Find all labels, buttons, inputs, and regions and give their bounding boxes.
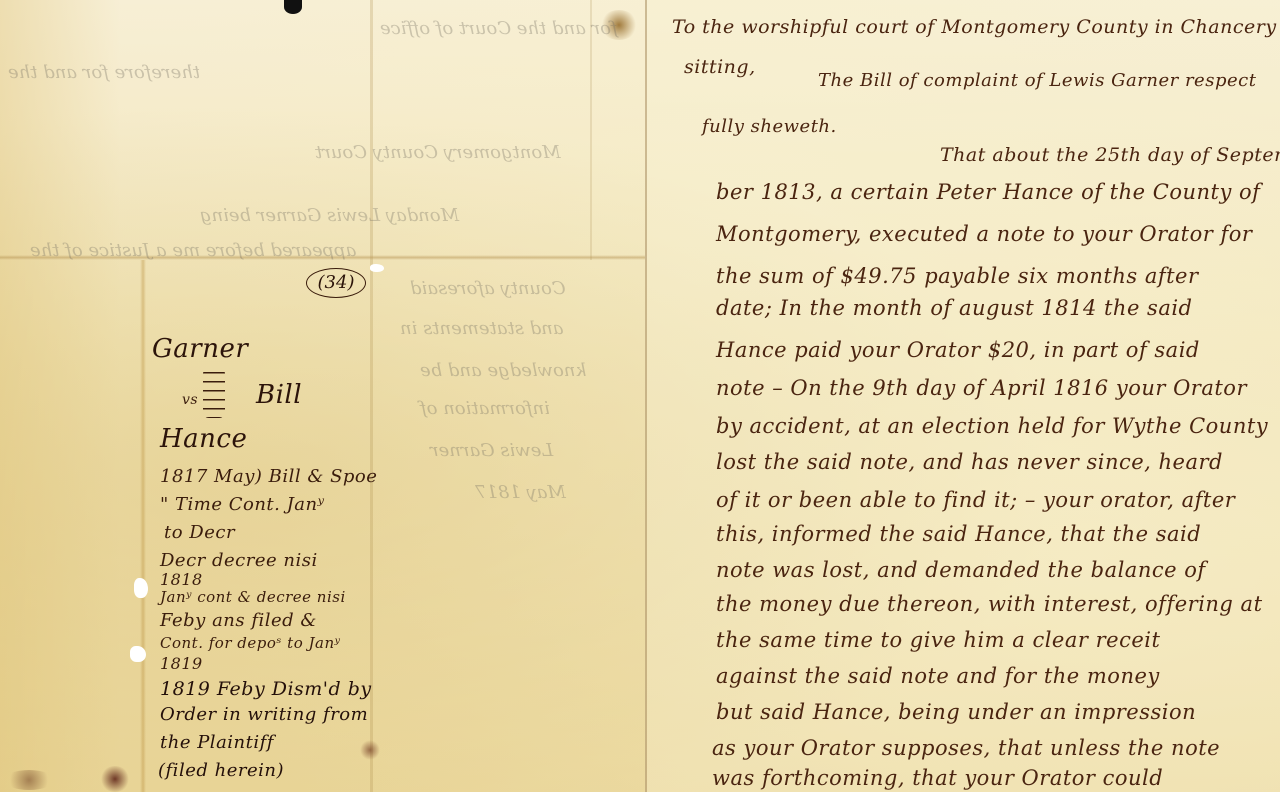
paper-tear (134, 578, 148, 598)
docket-entry: 1819 (160, 654, 203, 673)
docket-entry: Feby ans filed & (160, 610, 317, 631)
ink-stain (100, 766, 130, 792)
bill-line: was forthcoming, that your Orator could (712, 766, 1163, 790)
bill-line: Montgomery, executed a note to your Orat… (716, 222, 1252, 246)
bill-line: date; In the month of august 1814 the sa… (716, 296, 1193, 320)
bill-line: sitting, (684, 56, 756, 78)
bill-line: but said Hance, being under an impressio… (716, 700, 1196, 724)
docket-entry: " Time Cont. Janʸ (160, 494, 325, 515)
ink-stain (4, 770, 54, 790)
bill-line: fully sheweth. (702, 116, 837, 137)
bill-line: against the said note and for the money (716, 664, 1160, 688)
bill-line: the sum of $49.75 payable six months aft… (716, 264, 1199, 288)
bleed-through-text: information of (420, 398, 550, 419)
bill-line: Hance paid your Orator $20, in part of s… (716, 338, 1200, 362)
docket-entry: Janʸ cont & decree nisi (160, 588, 346, 606)
bill-line: the money due thereon, with interest, of… (716, 592, 1263, 616)
docket-entry: 1818 (160, 570, 203, 589)
docket-entry: Cont. for depoˢ to Janʸ (160, 634, 340, 652)
fold-line (140, 260, 146, 792)
bleed-through-text: Monday Lewis Garner being (200, 205, 459, 226)
bill-line: note – On the 9th day of April 1816 your… (716, 376, 1247, 400)
brace-flourish (203, 368, 225, 418)
ink-blot (284, 0, 302, 14)
bill-line: the same time to give him a clear receit (716, 628, 1160, 652)
paper-tear (370, 264, 384, 272)
plaintiff-name: Garner (152, 334, 248, 364)
bill-line: by accident, at an election held for Wyt… (716, 414, 1268, 438)
bleed-through-text: for and the Court of office (380, 18, 618, 39)
docket-entry: (filed herein) (158, 760, 284, 781)
bill-line: The Bill of complaint of Lewis Garner re… (818, 70, 1256, 91)
bill-line: lost the said note, and has never since,… (716, 450, 1223, 474)
paper-tear (130, 646, 146, 662)
bleed-through-text: County aforesaid (410, 278, 566, 299)
bill-line: That about the 25th day of Septem (940, 144, 1280, 166)
bill-line: ber 1813, a certain Peter Hance of the C… (716, 180, 1260, 204)
document-kind: Bill (256, 380, 302, 410)
bleed-through-text: and statements in (400, 318, 564, 339)
ink-stain (360, 740, 380, 760)
docket-entry: 1819 Feby Dism'd by (160, 678, 372, 700)
fold-line (370, 0, 373, 792)
defendant-name: Hance (160, 424, 247, 454)
docket-entry: Decr decree nisi (160, 550, 318, 571)
fold-line (590, 0, 592, 260)
docket-entry: to Decr (164, 522, 235, 543)
docket-entry: the Plaintiff (160, 732, 274, 753)
versus-label: vs (182, 392, 198, 408)
docket-entry: 1817 May) Bill & Spoe (160, 466, 377, 487)
fold-line (645, 0, 647, 792)
bill-line: as your Orator supposes, that unless the… (712, 736, 1220, 760)
bill-line: of it or been able to find it; – your or… (716, 488, 1235, 512)
bill-line: note was lost, and demanded the balance … (716, 558, 1206, 582)
bill-address-line: To the worshipful court of Montgomery Co… (672, 16, 1277, 38)
document-scan: for and the Court of office therefore fo… (0, 0, 1280, 792)
bill-line: this, informed the said Hance, that the … (716, 522, 1201, 546)
bleed-through-text: therefore for and the (8, 62, 200, 83)
bleed-through-text: Lewis Garner (430, 440, 553, 461)
case-number: (34) (306, 268, 366, 298)
bleed-through-text: knowledge and be (420, 360, 586, 381)
docket-panel (0, 0, 645, 792)
docket-entry: Order in writing from (160, 704, 368, 725)
bleed-through-text: May 1817 (475, 482, 566, 503)
bleed-through-text: Montgomery County Court (315, 142, 561, 163)
bleed-through-text: appeared before me a Justice of the (30, 240, 356, 261)
